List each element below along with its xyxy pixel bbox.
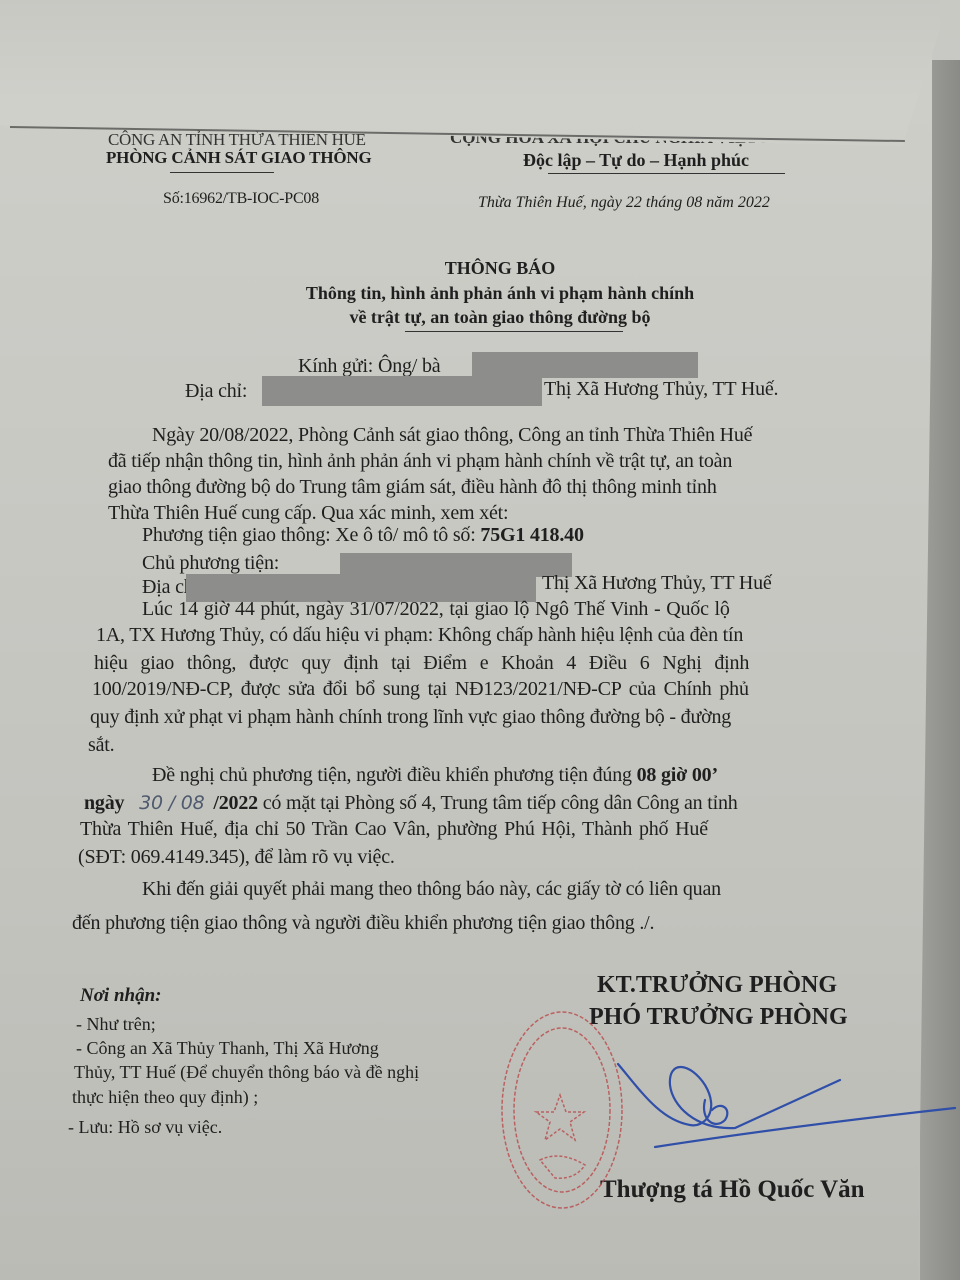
document-subtitle-2: về trật tự, an toàn giao thông đường bộ xyxy=(0,307,960,328)
folded-page-flap xyxy=(0,0,940,146)
p3-prefix: Đề nghị chủ phương tiện, người điều khiể… xyxy=(152,764,637,786)
address-label: Địa chỉ: xyxy=(185,380,247,403)
document-number: Số:16962/TB-IOC-PC08 xyxy=(163,190,319,208)
recipient-item: - Công an Xã Thủy Thanh, Thị Xã Hương xyxy=(76,1038,379,1059)
p4-line: Khi đến giải quyết phải mang theo thông … xyxy=(142,878,721,901)
ngay-label: ngày xyxy=(84,792,124,814)
p1-line: Thừa Thiên Huế cung cấp. Qua xác minh, x… xyxy=(108,502,508,525)
p1-line: đã tiếp nhận thông tin, hình ảnh phản án… xyxy=(108,450,732,473)
signature-title-2: PHÓ TRƯỞNG PHÒNG xyxy=(589,1004,848,1031)
place-date: Thừa Thiên Huế, ngày 22 tháng 08 năm 202… xyxy=(478,194,770,212)
p3-suffix: có mặt tại Phòng số 4, Trung tâm tiếp cô… xyxy=(258,792,738,814)
redacted-recipient-name xyxy=(472,352,698,378)
document-subtitle-1: Thông tin, hình ảnh phản ánh vi phạm hàn… xyxy=(0,283,960,304)
redacted-recipient-address xyxy=(262,376,542,406)
notice-document: CÔNG AN TỈNH THỪA THIÊN HUẾ PHÒNG CẢNH S… xyxy=(0,0,960,1280)
recipient-item: thực hiện theo quy định) ; xyxy=(72,1087,258,1108)
owner-address-tail: Thị Xã Hương Thủy, TT Huế xyxy=(542,572,772,595)
recipient-item: - Như trên; xyxy=(76,1014,156,1035)
vehicle-plate: 75G1 418.40 xyxy=(480,524,583,546)
p2-line: sắt. xyxy=(88,734,114,757)
motto-underline xyxy=(548,173,785,174)
address-tail: Thị Xã Hương Thủy, TT Huế. xyxy=(544,378,778,401)
appointment-year: /2022 xyxy=(213,792,258,814)
p2-line: 1A, TX Hương Thủy, có dấu hiệu vi phạm: … xyxy=(96,624,743,647)
p3-line: Thừa Thiên Huế, địa chỉ 50 Trần Cao Vân,… xyxy=(80,818,708,841)
p1-line: giao thông đường bộ do Trung tâm giám sá… xyxy=(108,476,717,499)
signer-name: Thượng tá Hồ Quốc Văn xyxy=(600,1176,865,1204)
vehicle-label: Phương tiện giao thông: Xe ô tô/ mô tô s… xyxy=(142,524,476,546)
p3-line-2: ngày 30 / 08 /2022 có mặt tại Phòng số 4… xyxy=(84,792,738,815)
p2-line: 100/2019/NĐ-CP, được sửa đổi bổ sung tại… xyxy=(92,678,749,701)
greeting-label: Kính gửi: Ông/ bà xyxy=(298,355,440,378)
handwritten-appointment-date: 30 / 08 xyxy=(139,792,204,814)
p3-line-1: Đề nghị chủ phương tiện, người điều khiể… xyxy=(152,764,718,787)
owner-label: Chủ phương tiện: xyxy=(142,552,279,575)
p3-line: (SĐT: 069.4149.345), để làm rõ vụ việc. xyxy=(78,846,395,869)
appointment-time: 08 giờ 00’ xyxy=(637,764,718,786)
p2-line: hiệu giao thông, được quy định tại Điểm … xyxy=(94,652,749,675)
document-title: THÔNG BÁO xyxy=(0,258,960,279)
p1-line: Ngày 20/08/2022, Phòng Cảnh sát giao thô… xyxy=(152,424,752,447)
subtitle-underline xyxy=(405,331,623,332)
vehicle-line: Phương tiện giao thông: Xe ô tô/ mô tô s… xyxy=(142,524,584,547)
recipient-item: - Lưu: Hồ sơ vụ việc. xyxy=(68,1117,222,1138)
recipient-item: Thủy, TT Huế (Để chuyển thông báo và đề … xyxy=(74,1062,419,1083)
recipients-heading: Nơi nhận: xyxy=(80,985,161,1007)
agency-underline xyxy=(170,172,274,173)
p2-line: Lúc 14 giờ 44 phút, ngày 31/07/2022, tại… xyxy=(142,598,730,621)
signature-title-1: KT.TRƯỞNG PHÒNG xyxy=(597,972,837,999)
p4-line: đến phương tiện giao thông và người điều… xyxy=(72,912,654,935)
motto: Độc lập – Tự do – Hạnh phúc xyxy=(523,150,749,171)
agency-parent: CÔNG AN TỈNH THỪA THIÊN HUẾ xyxy=(108,130,366,150)
agency-name: PHÒNG CẢNH SÁT GIAO THÔNG xyxy=(106,148,371,168)
p2-line: quy định xử phạt vi phạm hành chính tron… xyxy=(90,706,731,729)
